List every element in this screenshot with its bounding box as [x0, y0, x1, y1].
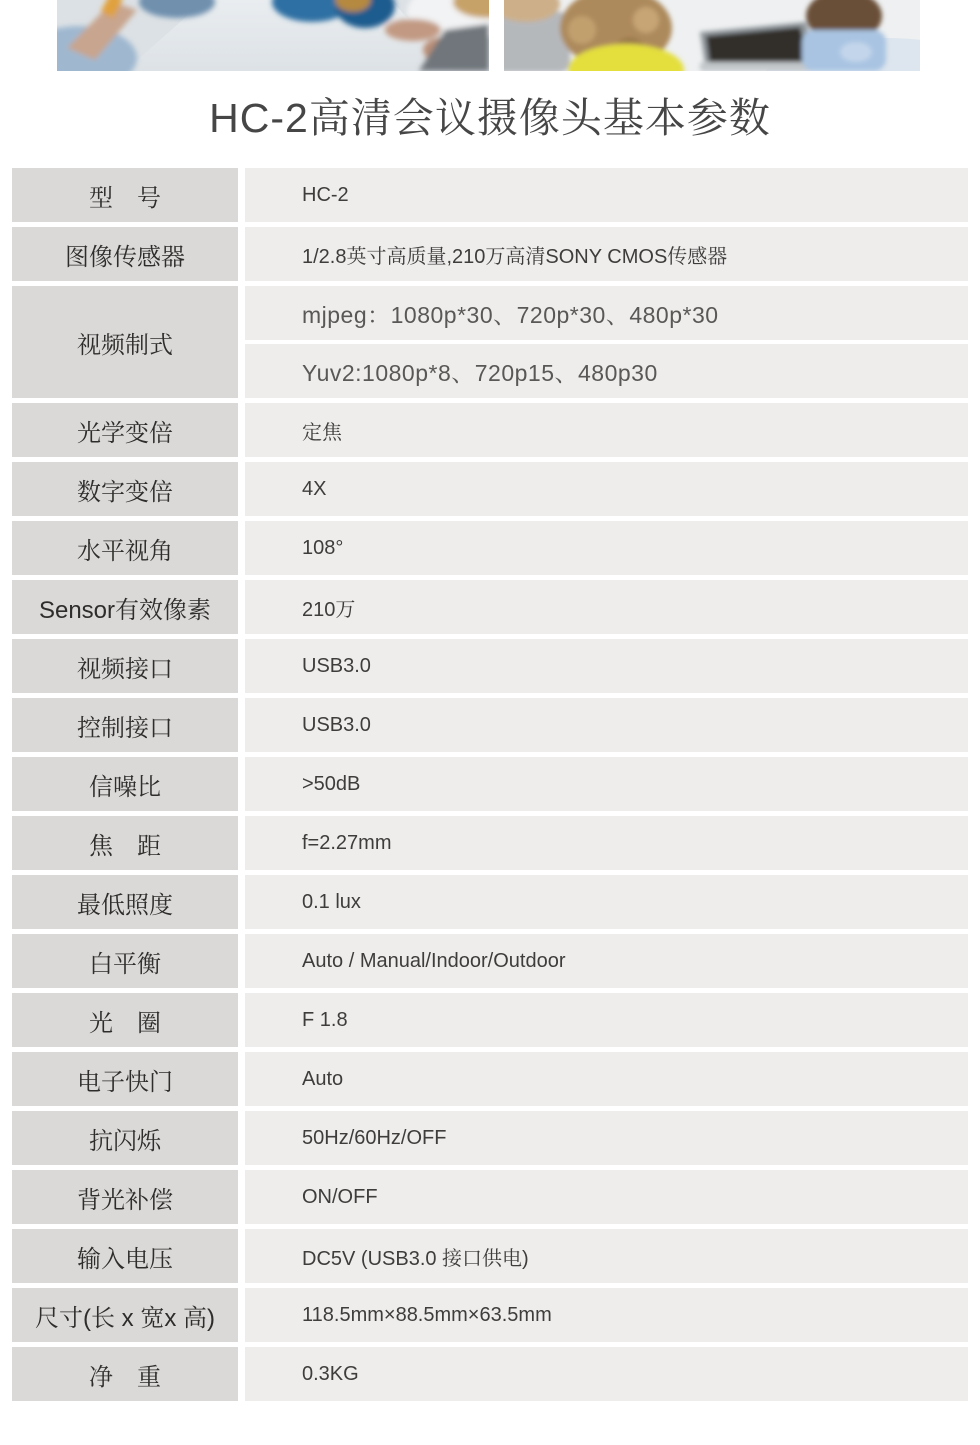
row-value-cell: Auto [245, 1052, 968, 1106]
table-row: 净 重 0.3KG [12, 1347, 968, 1401]
row-value-column: f=2.27mm [245, 816, 968, 870]
hero-photos [0, 0, 980, 71]
row-value-column: Auto / Manual/Indoor/Outdoor [245, 934, 968, 988]
row-value-column: USB3.0 [245, 639, 968, 693]
spec-table: 型 号 HC-2 图像传感器 1/2.8英寸高质量,210万高清SONY CMO… [12, 168, 968, 1401]
row-value-column: >50dB [245, 757, 968, 811]
row-value-cell: 1/2.8英寸高质量,210万高清SONY CMOS传感器 [245, 227, 968, 281]
row-value-cell: ON/OFF [245, 1170, 968, 1224]
row-value-column: 4X [245, 462, 968, 516]
whiteboard-photo [504, 0, 920, 71]
row-label-cell: 控制接口 [12, 698, 238, 752]
row-label-cell: 型 号 [12, 168, 238, 222]
page-title: HC-2高清会议摄像头基本参数 [0, 96, 980, 141]
row-value-cell: USB3.0 [245, 698, 968, 752]
table-row: 图像传感器 1/2.8英寸高质量,210万高清SONY CMOS传感器 [12, 227, 968, 281]
row-value-column: USB3.0 [245, 698, 968, 752]
row-value-cell: DC5V (USB3.0 接口供电) [245, 1229, 968, 1283]
row-label-cell: 光学变倍 [12, 403, 238, 457]
row-value-cell: 定焦 [245, 403, 968, 457]
row-label-cell: 图像传感器 [12, 227, 238, 281]
row-value-column: 108° [245, 521, 968, 575]
row-value-column: Auto [245, 1052, 968, 1106]
row-value-cell: HC-2 [245, 168, 968, 222]
table-row: 视频接口 USB3.0 [12, 639, 968, 693]
row-value-column: 50Hz/60Hz/OFF [245, 1111, 968, 1165]
row-value-column: 118.5mm×88.5mm×63.5mm [245, 1288, 968, 1342]
row-label-cell: 信噪比 [12, 757, 238, 811]
row-value-cell: 0.3KG [245, 1347, 968, 1401]
row-value-cell: 210万 [245, 580, 968, 634]
row-value-cell: 4X [245, 462, 968, 516]
product-spec-page: HC-2高清会议摄像头基本参数 型 号 HC-2 图像传感器 1/2.8英寸高质… [0, 0, 980, 1401]
row-label-cell: 净 重 [12, 1347, 238, 1401]
table-row: 电子快门 Auto [12, 1052, 968, 1106]
row-label-cell: 白平衡 [12, 934, 238, 988]
row-value-column: 210万 [245, 580, 968, 634]
table-row: 控制接口 USB3.0 [12, 698, 968, 752]
row-value-column: F 1.8 [245, 993, 968, 1047]
table-row: 输入电压 DC5V (USB3.0 接口供电) [12, 1229, 968, 1283]
table-row: 数字变倍 4X [12, 462, 968, 516]
row-value-column: 0.3KG [245, 1347, 968, 1401]
row-value-cell: F 1.8 [245, 993, 968, 1047]
row-value-cell: f=2.27mm [245, 816, 968, 870]
table-row: 白平衡 Auto / Manual/Indoor/Outdoor [12, 934, 968, 988]
table-row: 水平视角 108° [12, 521, 968, 575]
row-value-column: DC5V (USB3.0 接口供电) [245, 1229, 968, 1283]
meeting-room-photo [57, 0, 489, 71]
row-label-cell: 视频接口 [12, 639, 238, 693]
whiteboard-photo-illustration [504, 0, 920, 71]
row-label-cell: 电子快门 [12, 1052, 238, 1106]
row-value-cell: 118.5mm×88.5mm×63.5mm [245, 1288, 968, 1342]
table-row: 型 号 HC-2 [12, 168, 968, 222]
row-label-cell: 输入电压 [12, 1229, 238, 1283]
row-value-cell: Yuv2:1080p*8、720p15、480p30 [245, 344, 968, 398]
row-value-cell: 50Hz/60Hz/OFF [245, 1111, 968, 1165]
table-row: 焦 距 f=2.27mm [12, 816, 968, 870]
meeting-room-photo-illustration [57, 0, 489, 71]
row-value-column: 0.1 lux [245, 875, 968, 929]
row-value-column: 定焦 [245, 403, 968, 457]
row-label-cell: 数字变倍 [12, 462, 238, 516]
row-label-cell: 光 圈 [12, 993, 238, 1047]
row-value-cell: USB3.0 [245, 639, 968, 693]
row-label-cell: Sensor有效像素 [12, 580, 238, 634]
table-row: 抗闪烁 50Hz/60Hz/OFF [12, 1111, 968, 1165]
table-row: 视频制式 mjpeg：1080p*30、720p*30、480p*30Yuv2:… [12, 286, 968, 398]
row-value-cell: 108° [245, 521, 968, 575]
table-row: 信噪比 >50dB [12, 757, 968, 811]
row-label-cell: 视频制式 [12, 286, 238, 398]
row-label-cell: 焦 距 [12, 816, 238, 870]
table-row: Sensor有效像素 210万 [12, 580, 968, 634]
table-row: 背光补偿 ON/OFF [12, 1170, 968, 1224]
row-value-column: ON/OFF [245, 1170, 968, 1224]
table-row: 尺寸(长 x 宽x 高) 118.5mm×88.5mm×63.5mm [12, 1288, 968, 1342]
row-value-column: 1/2.8英寸高质量,210万高清SONY CMOS传感器 [245, 227, 968, 281]
row-label-cell: 最低照度 [12, 875, 238, 929]
row-label-cell: 背光补偿 [12, 1170, 238, 1224]
row-label-cell: 水平视角 [12, 521, 238, 575]
table-row: 最低照度 0.1 lux [12, 875, 968, 929]
row-value-cell: 0.1 lux [245, 875, 968, 929]
row-value-cell: mjpeg：1080p*30、720p*30、480p*30 [245, 286, 968, 340]
row-value-column: HC-2 [245, 168, 968, 222]
table-row: 光学变倍 定焦 [12, 403, 968, 457]
row-label-cell: 抗闪烁 [12, 1111, 238, 1165]
row-value-cell: Auto / Manual/Indoor/Outdoor [245, 934, 968, 988]
row-label-cell: 尺寸(长 x 宽x 高) [12, 1288, 238, 1342]
table-row: 光 圈 F 1.8 [12, 993, 968, 1047]
row-value-column: mjpeg：1080p*30、720p*30、480p*30Yuv2:1080p… [245, 286, 968, 398]
row-value-cell: >50dB [245, 757, 968, 811]
